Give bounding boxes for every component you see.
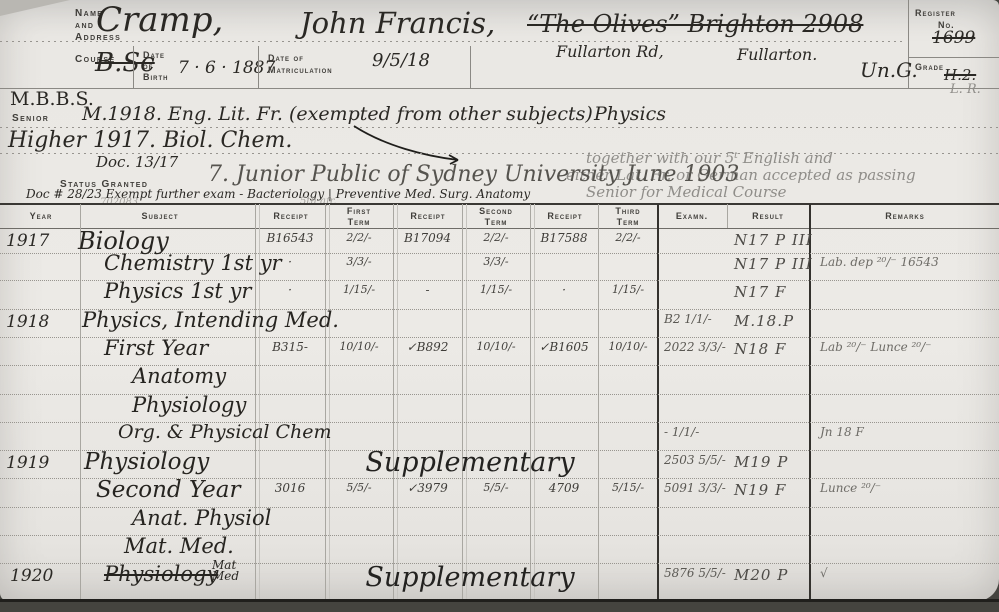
cell-result: N17 P III	[734, 231, 808, 249]
cell-examn: 5876 5/5/-	[661, 566, 728, 580]
senior-extra-value: Physics	[594, 103, 666, 125]
cell-result: N19 F	[734, 481, 808, 499]
cell-subject-extra: Mat Med	[212, 560, 254, 582]
lr-pencil-note: L. R.	[950, 82, 981, 97]
cell-examn: B2 1/1/-	[661, 312, 728, 326]
table-row: 1918 Physics, Intending Med. B2 1/1/- M.…	[0, 310, 999, 338]
cell-remarks: Lunce ²⁰/⁻	[816, 481, 998, 495]
dob-label-3: Birth	[143, 72, 169, 82]
table-row: Physiology	[0, 395, 999, 423]
cell-receipt-1: B16543	[257, 231, 323, 245]
cell-receipt-3: ✓B1605	[532, 340, 596, 354]
matric-label-1: Date of	[268, 53, 304, 63]
supplementary-note: Supplementary	[295, 447, 645, 478]
cell-examn: 5091 3/3/-	[661, 481, 728, 495]
cell-result: N18 F	[734, 340, 808, 358]
dob-divider	[258, 46, 259, 88]
cell-subject: Anat. Physiol	[132, 506, 271, 530]
cell-receipt-1: 3016	[257, 481, 323, 495]
table-row: Second Year 3016 5/5/- ✓3979 5/5/- 4709 …	[0, 479, 999, 508]
header-examn: Examn.	[660, 211, 724, 222]
cell-year: 1920	[4, 566, 84, 586]
cell-term-1: 1/15/-	[327, 283, 391, 296]
higher-line-value: Higher 1917. Biol. Chem.	[8, 128, 292, 153]
cell-result: N17 P III	[734, 255, 808, 273]
header-first-term: First Term	[337, 206, 381, 228]
cell-receipt-2: B17094	[395, 231, 460, 245]
status-value: 7. Junior Public of Sydney University Ju…	[208, 162, 739, 187]
address-struck-value: “The Olives” Brighton 2908	[527, 10, 863, 38]
cell-term-3: 2/2/-	[600, 231, 656, 244]
table-row: Anat. Physiol	[0, 508, 999, 536]
cell-term-2: 1/15/-	[464, 283, 528, 296]
register-label-1: Register	[915, 8, 956, 18]
address-line2-street: Fullarton Rd,	[556, 42, 664, 61]
cell-examn: - 1/1/-	[661, 425, 728, 439]
cell-term-2: 5/5/-	[464, 481, 528, 494]
cell-term-1: 5/5/-	[327, 481, 391, 494]
cell-subject: Chemistry 1st yr	[104, 251, 282, 275]
header-year: Year	[6, 211, 76, 222]
cell-receipt-3: 4709	[532, 481, 596, 495]
cell-result: M19 P	[734, 453, 808, 471]
cell-receipt-1: ·	[257, 255, 323, 269]
register-grade-rule	[908, 57, 999, 58]
surname-value: Cramp,	[96, 0, 223, 40]
header-receipt-2: Receipt	[399, 211, 457, 222]
table-row: 1920 Physiology Mat Med Supplementary 58…	[0, 564, 999, 598]
header-remarks: Remarks	[816, 211, 994, 222]
cell-subject: Anatomy	[132, 364, 226, 388]
matric-divider	[470, 46, 471, 88]
cell-receipt-2: ‐	[395, 283, 460, 297]
cell-subject: Physics, Intending Med.	[82, 308, 339, 332]
cell-receipt-3: B17588	[532, 231, 596, 245]
cell-receipt-1: B315-	[257, 340, 323, 354]
cell-subject: Physics 1st yr	[104, 279, 251, 303]
cell-term-3: 5/15/-	[600, 481, 656, 494]
table-top-rule	[0, 203, 999, 205]
grade-label: Grade	[915, 62, 944, 72]
cell-remarks: Lab ²⁰/⁻ Lunce ²⁰/⁻	[816, 340, 998, 354]
course-row-rule	[0, 88, 999, 89]
header-third-term: Third Term	[605, 206, 651, 228]
address-line2-suburb: Fullarton.	[737, 45, 817, 64]
matric-label-2: Matriculation	[268, 65, 333, 75]
table-row: Mat. Med.	[0, 536, 999, 564]
cell-term-2: 3/3/-	[464, 255, 528, 268]
record-card: Name and Address Cramp, John Francis, “T…	[0, 0, 999, 601]
cell-term-3: 10/10/-	[600, 340, 656, 353]
dob-label-1: Date	[143, 50, 165, 60]
cell-examn: 2022 3/3/-	[661, 340, 728, 354]
course-divider	[133, 46, 134, 88]
table-row: Physics 1st yr · 1/15/- ‐ 1/15/- · 1/15/…	[0, 281, 999, 310]
cell-remarks: Lab. dep ²⁰/⁻ 16543	[816, 255, 998, 269]
table-row: First Year B315- 10/10/- ✓B892 10/10/- ✓…	[0, 338, 999, 366]
name-baseline-rule	[0, 41, 905, 42]
un-grade-value: Un.G.	[860, 58, 918, 82]
cell-receipt-3: ·	[532, 283, 596, 297]
col-line-result-header	[727, 204, 728, 228]
cell-remarks: √	[816, 566, 998, 580]
name-label-2: and	[75, 20, 94, 31]
cell-term-1: 3/3/-	[327, 255, 391, 268]
cell-result: M.18.P	[734, 312, 808, 330]
cell-term-3: 1/15/-	[600, 283, 656, 296]
cell-result: N17 F	[734, 283, 808, 301]
dob-label-2: of	[143, 61, 153, 71]
header-subject: Subject	[100, 211, 220, 222]
cell-subject: Mat. Med.	[124, 534, 234, 558]
cell-year: 1919	[4, 453, 80, 473]
cell-result: M20 P	[734, 566, 808, 584]
cell-term-1: 10/10/-	[327, 340, 391, 353]
cell-subject: Physiology	[84, 449, 209, 475]
doc-note-value: Doc. 13/17	[96, 153, 178, 171]
senior-value: M.1918. Eng. Lit. Fr. (exempted from oth…	[82, 103, 593, 125]
header-second-term: Second Term	[470, 206, 522, 228]
supplementary-note: Supplementary	[295, 562, 645, 593]
faint-note-2: 5th afr.	[300, 196, 337, 207]
cell-receipt-2: ✓3979	[395, 481, 460, 495]
header-result: Result	[730, 211, 806, 222]
cell-examn: 2503 5/5/-	[661, 453, 728, 467]
cell-receipt-1: ·	[257, 283, 323, 297]
cell-term-2: 10/10/-	[464, 340, 528, 353]
dob-value: 7 · 6 · 1887	[178, 58, 275, 78]
cell-subject: Physiology	[132, 393, 246, 417]
cell-subject: Org. & Physical Chem	[118, 421, 332, 443]
cell-remarks: Jn 18 F	[816, 425, 998, 439]
cell-year: 1918	[4, 312, 80, 332]
card-bottom-edge	[0, 599, 999, 602]
cell-receipt-2: ✓B892	[395, 340, 460, 354]
cell-term-1: 2/2/-	[327, 231, 391, 244]
senior-label: Senior	[12, 113, 49, 124]
cell-subject: Second Year	[96, 477, 240, 503]
header-receipt-3: Receipt	[536, 211, 594, 222]
table-row: 1919 Physiology Supplementary 2503 5/5/-…	[0, 451, 999, 479]
register-number-struck: 1699	[932, 28, 975, 48]
table-row: Anatomy	[0, 366, 999, 395]
cell-subject: First Year	[104, 336, 208, 360]
table-row: Chemistry 1st yr · 3/3/- 3/3/- N17 P III…	[0, 253, 999, 281]
cell-subject-struck: Physiology	[104, 562, 218, 586]
cell-year: 1917	[4, 231, 80, 251]
matric-value: 9/5/18	[372, 50, 430, 71]
cell-term-2: 2/2/-	[464, 231, 528, 244]
given-names-value: John Francis,	[300, 6, 495, 40]
scan-corner	[0, 0, 70, 16]
header-receipt-1: Receipt	[262, 211, 320, 222]
